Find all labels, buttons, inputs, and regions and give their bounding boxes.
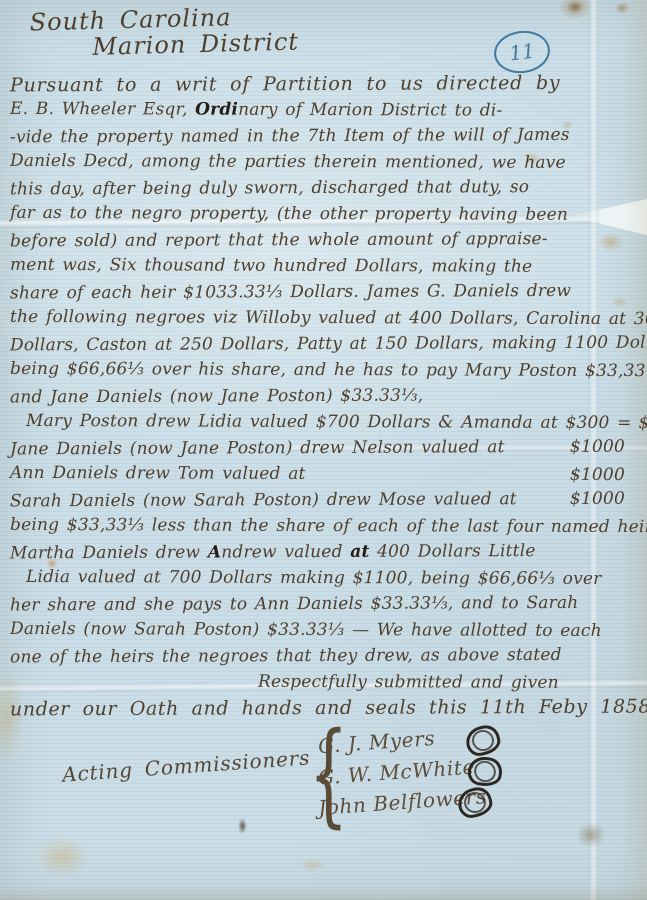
overwritten-text: A	[208, 542, 221, 562]
allotment-row: Sarah Daniels (now Sarah Poston) drew Mo…	[10, 486, 639, 515]
stain	[558, 0, 592, 20]
commissioners-label: Acting Commissioners	[61, 745, 310, 786]
allotment-row: Ann Daniels drew Tom valued at$1000	[10, 460, 639, 488]
seal-icon	[463, 723, 502, 758]
manuscript-line: E. B. Wheeler Esqr, Ordinary of Marion D…	[10, 96, 639, 124]
stain	[300, 858, 326, 872]
manuscript-line: far as to the negro property, (the other…	[10, 200, 639, 228]
manuscript-line: Daniels (now Sarah Poston) $33.33⅓ — We …	[10, 616, 639, 644]
allotment-amount: $1000	[563, 434, 625, 460]
document-body: Pursuant to a writ of Partition to us di…	[10, 71, 639, 721]
manuscript-line: share of each heir $1033.33⅓ Dollars. Ja…	[10, 278, 639, 307]
manuscript-text: ndrew valued	[221, 542, 350, 563]
signature-block: Acting Commissioners { G. J. Myers G. W.…	[0, 724, 647, 844]
manuscript-line: and Jane Daniels (now Jane Poston) $33.3…	[10, 382, 639, 411]
manuscript-line: being $33,33⅓ less than the share of eac…	[10, 512, 639, 540]
manuscript-line: Martha Daniels drew Andrew valued at 400…	[10, 538, 639, 567]
overwritten-text: at	[350, 542, 369, 562]
manuscript-line: being $66,66⅓ over his share, and he has…	[10, 356, 639, 384]
document-page: 11 South Carolina Marion District Pursua…	[0, 0, 647, 900]
page-number-annotation: 11	[492, 28, 553, 77]
allotment-text: Mary Poston drew Lidia valued $700 Dolla…	[26, 408, 632, 436]
manuscript-line: Daniels Decd, among the parties therein …	[10, 148, 639, 176]
manuscript-line: this day, after being duly sworn, discha…	[10, 174, 639, 203]
allotment-amount: $1000	[632, 410, 647, 436]
stain	[614, 2, 630, 14]
allotment-text: Ann Daniels drew Tom valued at	[10, 460, 306, 487]
manuscript-line: her share and she pays to Ann Daniels $3…	[10, 590, 639, 619]
manuscript-line: Pursuant to a writ of Partition to us di…	[10, 70, 639, 99]
allotment-row: Jane Daniels (now Jane Poston) drew Nels…	[10, 434, 639, 463]
manuscript-line: one of the heirs the negroes that they d…	[10, 642, 639, 671]
allotment-row: Mary Poston drew Lidia valued $700 Dolla…	[10, 408, 639, 436]
manuscript-line: Lidia valued at 700 Dollars making $1100…	[10, 564, 639, 592]
manuscript-line: before sold) and report that the whole a…	[10, 226, 639, 255]
header-district: Marion District	[92, 28, 299, 59]
manuscript-text: Martha Daniels drew	[10, 543, 208, 564]
allotment-text: Jane Daniels (now Jane Poston) drew Nels…	[10, 434, 505, 462]
document-header: South Carolina Marion District	[29, 2, 299, 61]
manuscript-text: E. B. Wheeler Esqr,	[10, 99, 195, 120]
allotment-amount: $1000	[563, 462, 625, 488]
overwritten-text: Ordi	[195, 100, 238, 120]
paper-edge-shading	[0, 886, 647, 900]
manuscript-text: nary of Marion District to di-	[238, 100, 502, 121]
manuscript-line: Dollars, Caston at 250 Dollars, Patty at…	[10, 330, 639, 359]
allotment-text: Sarah Daniels (now Sarah Poston) drew Mo…	[10, 486, 517, 514]
manuscript-line: ment was, Six thousand two hundred Dolla…	[10, 252, 639, 280]
manuscript-text: 400 Dollars Little	[369, 541, 535, 562]
manuscript-line: -vide the property named in the 7th Item…	[10, 122, 639, 151]
closing-line: Respectfully submitted and given	[10, 668, 639, 696]
allotment-amount: $1000	[563, 486, 625, 512]
manuscript-line: the following negroes viz Willoby valued…	[10, 304, 639, 332]
